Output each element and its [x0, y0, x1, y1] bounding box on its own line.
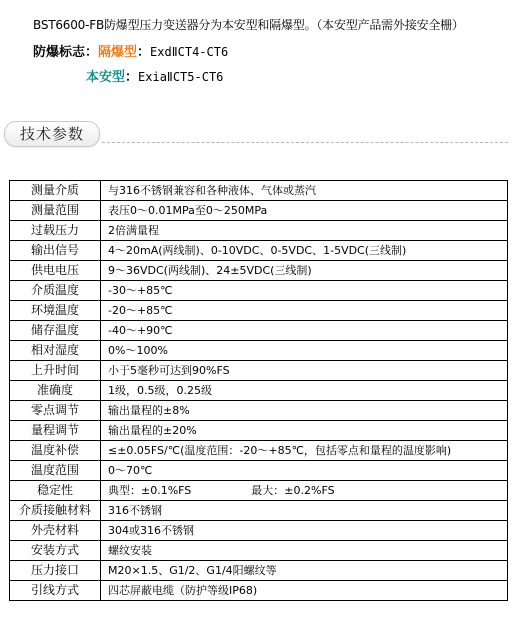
spec-key: 温度范围 [10, 461, 101, 481]
spec-value: 螺纹安装 [101, 541, 508, 561]
spec-value: 1级，0.5级，0.25级 [101, 381, 508, 401]
spec-value: -40～+90℃ [101, 321, 508, 341]
intrinsic-sep: ： [125, 70, 138, 85]
table-row: 输出信号4～20mA(两线制)、0-10VDC、0-5VDC、1-5VDC(三线… [10, 241, 508, 261]
table-row: 上升时间小于5毫秒可达到90%FS [10, 361, 508, 381]
spec-value: 表压0～0.01MPa至0～250MPa [101, 201, 508, 221]
spec-value: 316不锈钢 [101, 501, 508, 521]
spec-key: 量程调节 [10, 421, 101, 441]
explosion-mark-flameproof: 防爆标志：隔爆型：ExdⅡCT4-CT6 [33, 43, 228, 62]
section-divider [102, 142, 508, 143]
spec-key: 供电电压 [10, 261, 101, 281]
spec-key: 测量范围 [10, 201, 101, 221]
table-row: 过载压力2倍满量程 [10, 221, 508, 241]
section-title: 技术参数 [4, 121, 100, 147]
intrinsic-code: ExiaⅡCT5-CT6 [138, 70, 223, 84]
table-row: 供电电压9～36VDC(两线制)、24±5VDC(三线制) [10, 261, 508, 281]
spec-key: 过载压力 [10, 221, 101, 241]
spec-value: M20×1.5、G1/2、G1/4阳螺纹等 [101, 561, 508, 581]
spec-value: 2倍满量程 [101, 221, 508, 241]
spec-value: 典型：±0.1%FS最大：±0.2%FS [101, 481, 508, 501]
spec-value: 4～20mA(两线制)、0-10VDC、0-5VDC、1-5VDC(三线制) [101, 241, 508, 261]
stability-max: 最大：±0.2%FS [251, 484, 334, 497]
table-row: 稳定性典型：±0.1%FS最大：±0.2%FS [10, 481, 508, 501]
spec-key: 零点调节 [10, 401, 101, 421]
spec-value: 304或316不锈钢 [101, 521, 508, 541]
flameproof-sep: ： [137, 45, 150, 60]
spec-key: 温度补偿 [10, 441, 101, 461]
spec-key: 安装方式 [10, 541, 101, 561]
spec-key: 准确度 [10, 381, 101, 401]
table-row: 量程调节输出量程的±20% [10, 421, 508, 441]
spec-value: ≤±0.05FS/℃(温度范围：-20～+85℃，包括零点和量程的温度影响) [101, 441, 508, 461]
spec-value: -20～+85℃ [101, 301, 508, 321]
spec-value: 0%～100% [101, 341, 508, 361]
spec-key: 压力接口 [10, 561, 101, 581]
stability-typical: 典型：±0.1%FS [108, 484, 191, 497]
table-row: 介质接触材料316不锈钢 [10, 501, 508, 521]
spec-key: 环境温度 [10, 301, 101, 321]
table-row: 外壳材料304或316不锈钢 [10, 521, 508, 541]
flameproof-label: 隔爆型 [98, 45, 137, 60]
spec-key: 稳定性 [10, 481, 101, 501]
spec-key: 引线方式 [10, 581, 101, 601]
spec-table: 测量介质与316不锈钢兼容和各种液体、气体或蒸汽 测量范围表压0～0.01MPa… [9, 180, 508, 601]
spec-value: 9～36VDC(两线制)、24±5VDC(三线制) [101, 261, 508, 281]
table-row: 准确度1级，0.5级，0.25级 [10, 381, 508, 401]
spec-value: -30～+85℃ [101, 281, 508, 301]
table-row: 温度范围0～70℃ [10, 461, 508, 481]
intro-text: BST6600-FB防爆型压力变送器分为本安型和隔爆型。（本安型产品需外接安全栅… [33, 17, 464, 33]
table-row: 安装方式螺纹安装 [10, 541, 508, 561]
spec-value: 0～70℃ [101, 461, 508, 481]
table-row: 相对湿度0%～100% [10, 341, 508, 361]
spec-key: 储存温度 [10, 321, 101, 341]
table-row: 测量介质与316不锈钢兼容和各种液体、气体或蒸汽 [10, 181, 508, 201]
spec-value: 输出量程的±8% [101, 401, 508, 421]
section-header: 技术参数 [4, 121, 508, 147]
spec-key: 输出信号 [10, 241, 101, 261]
spec-key: 测量介质 [10, 181, 101, 201]
spec-value: 与316不锈钢兼容和各种液体、气体或蒸汽 [101, 181, 508, 201]
spec-value: 四芯屏蔽电缆（防护等级IP68) [101, 581, 508, 601]
spec-key: 相对湿度 [10, 341, 101, 361]
spec-key: 外壳材料 [10, 521, 101, 541]
table-row: 储存温度-40～+90℃ [10, 321, 508, 341]
spec-value: 输出量程的±20% [101, 421, 508, 441]
spec-key: 介质温度 [10, 281, 101, 301]
table-row: 压力接口M20×1.5、G1/2、G1/4阳螺纹等 [10, 561, 508, 581]
table-row: 环境温度-20～+85℃ [10, 301, 508, 321]
table-row: 引线方式四芯屏蔽电缆（防护等级IP68) [10, 581, 508, 601]
intrinsic-label: 本安型 [86, 70, 125, 85]
table-row: 测量范围表压0～0.01MPa至0～250MPa [10, 201, 508, 221]
explosion-mark-label: 防爆标志： [33, 45, 98, 60]
explosion-mark-intrinsic: 本安型：ExiaⅡCT5-CT6 [86, 68, 223, 87]
spec-key: 上升时间 [10, 361, 101, 381]
flameproof-code: ExdⅡCT4-CT6 [150, 45, 228, 59]
spec-value: 小于5毫秒可达到90%FS [101, 361, 508, 381]
table-row: 温度补偿≤±0.05FS/℃(温度范围：-20～+85℃，包括零点和量程的温度影… [10, 441, 508, 461]
table-row: 零点调节输出量程的±8% [10, 401, 508, 421]
table-row: 介质温度-30～+85℃ [10, 281, 508, 301]
spec-key: 介质接触材料 [10, 501, 101, 521]
